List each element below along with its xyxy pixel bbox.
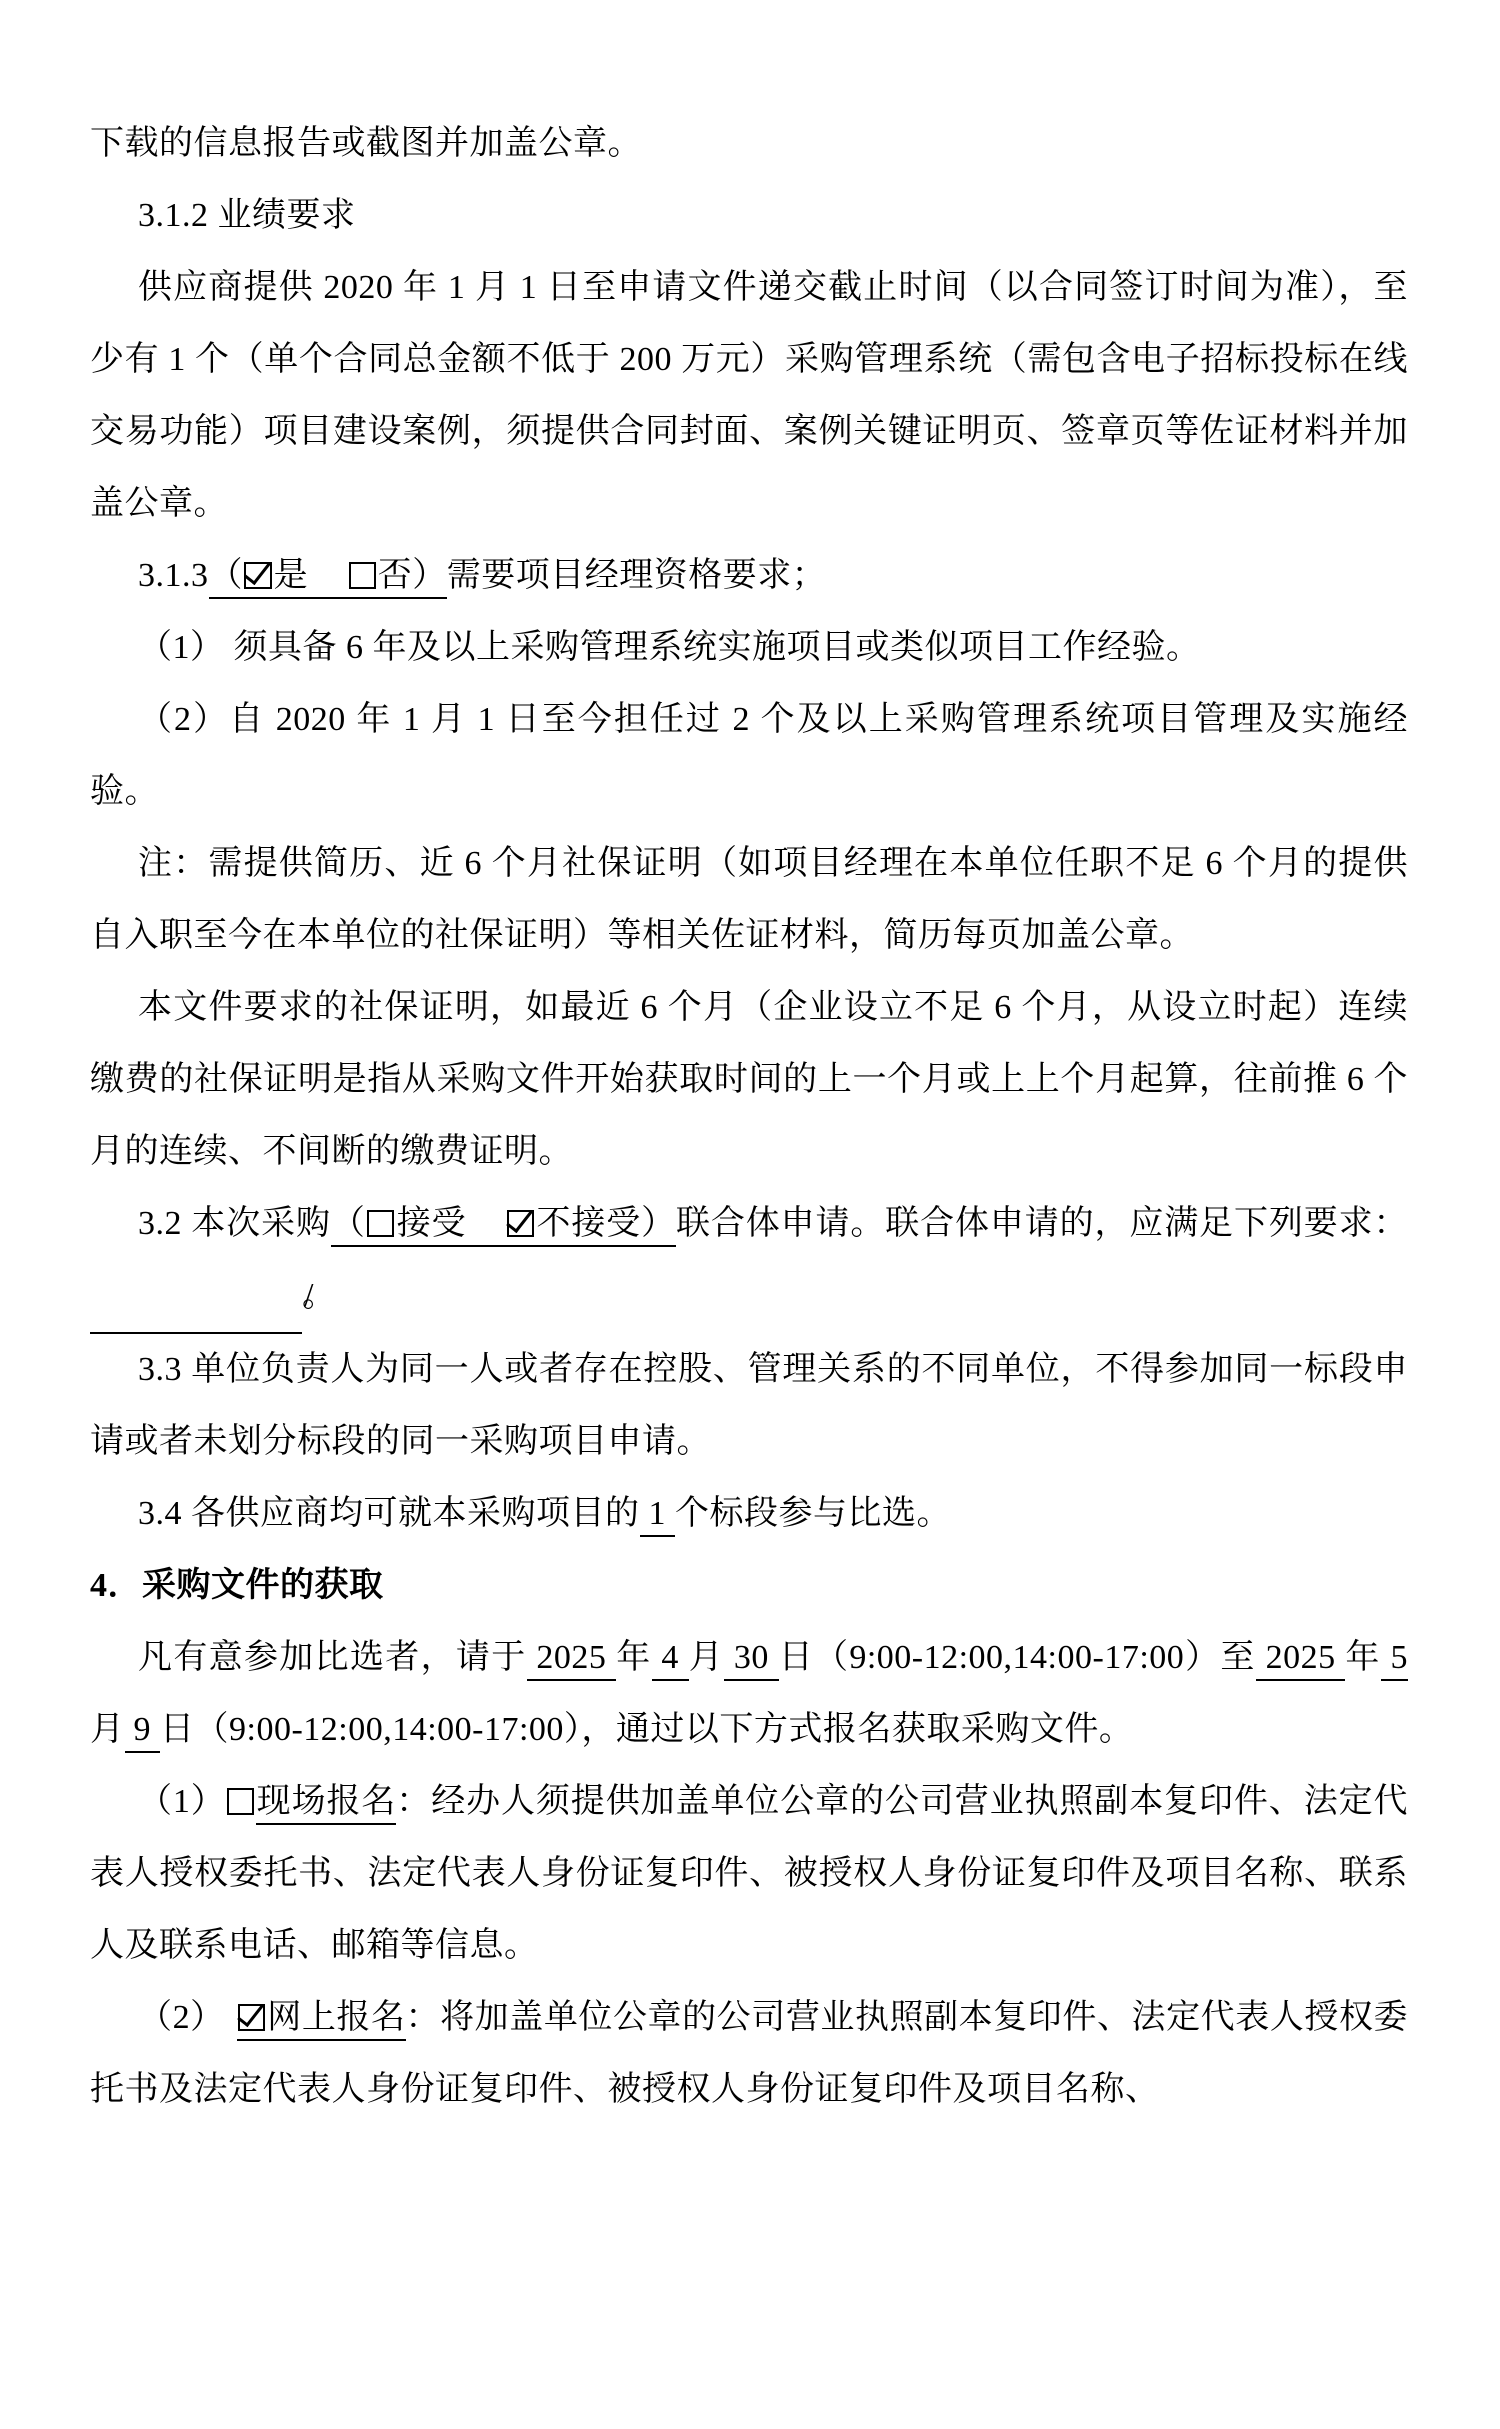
time-text-6: 日（9:00-12:00,14:00-17:00），通过以下方式报名获取采购文件… <box>160 1711 1133 1748</box>
clause-3-1-3-note1: 注：需提供简历、近 6 个月社保证明（如项目经理在本单位任职不足 6 个月的提供… <box>90 828 1408 972</box>
time-text-2: 月 <box>689 1639 724 1676</box>
end-year-underlined: 2025 <box>1256 1639 1346 1681</box>
onsite-label-underlined: 现场报名 <box>256 1783 396 1825</box>
clause-3-1-2-title-text: 3.1.2 业绩要求 <box>138 197 356 234</box>
clause-3-1-3: 3.1.3（是否）需要项目经理资格要求； <box>90 540 1408 612</box>
online-number: （2） <box>138 1999 225 2036</box>
accept-reject-choice-group: （接受不接受） <box>331 1205 676 1247</box>
clause-3-1-3-number: 3.1.3 <box>138 557 209 594</box>
open-paren: （ <box>331 1205 366 1242</box>
clause-3-2-period: 。 <box>302 1277 337 1314</box>
onsite-number: （1） <box>138 1783 226 1820</box>
registration-onsite: （1）现场报名：经办人须提供加盖单位公章的公司营业执照副本复印件、法定代表人授权… <box>90 1766 1408 1982</box>
online-label-underlined-group: 网上报名 <box>237 1999 406 2041</box>
lot-count-underlined: 1 <box>640 1495 676 1537</box>
fill-in-blank-line: / <box>90 1260 302 1334</box>
clause-3-1-3-item2-text: （2）自 2020 年 1 月 1 日至今担任过 2 个及以上采购管理系统项目管… <box>90 701 1408 810</box>
time-text-1: 年 <box>616 1639 651 1676</box>
intro-text: 下载的信息报告或截图并加盖公章。 <box>90 125 642 162</box>
clause-3-1-2-body: 供应商提供 2020 年 1 月 1 日至申请文件递交截止时间（以合同签订时间为… <box>90 252 1408 540</box>
clause-3-1-3-item2: （2）自 2020 年 1 月 1 日至今担任过 2 个及以上采购管理系统项目管… <box>90 684 1408 828</box>
accept-option-label: 接受 <box>396 1205 466 1242</box>
end-day-underlined: 9 <box>125 1711 161 1753</box>
registration-online: （2）网上报名：将加盖单位公章的公司营业执照副本复印件、法定代表人授权委托书及法… <box>90 1982 1408 2126</box>
clause-3-2-lead: 3.2 本次采购 <box>138 1205 331 1242</box>
checkbox-unchecked-icon <box>367 1210 394 1237</box>
clause-3-1-3-note2-text: 本文件要求的社保证明，如最近 6 个月（企业设立不足 6 个月，从设立时起）连续… <box>90 989 1408 1170</box>
clause-3-3: 3.3 单位负责人为同一人或者存在控股、管理关系的不同单位，不得参加同一标段申请… <box>90 1334 1408 1478</box>
clause-3-1-3-item1: （1） 须具备 6 年及以上采购管理系统实施项目或类似项目工作经验。 <box>90 612 1408 684</box>
yes-option-label: 是 <box>274 557 309 594</box>
yes-no-choice-group: （是否） <box>209 557 447 599</box>
no-option-label: 否） <box>378 557 447 594</box>
time-text-4: 年 <box>1345 1639 1380 1676</box>
start-day-underlined: 30 <box>724 1639 779 1681</box>
clause-3-4-lead: 3.4 各供应商均可就本采购项目的 <box>138 1495 640 1532</box>
start-month-underlined: 4 <box>652 1639 689 1681</box>
time-text-3: 日（9:00-12:00,14:00-17:00）至 <box>779 1639 1256 1676</box>
open-paren: （ <box>209 557 244 594</box>
section-4-heading: 4．采购文件的获取 <box>90 1550 1408 1622</box>
clause-3-2: 3.2 本次采购（接受不接受）联合体申请。联合体申请的，应满足下列要求：/。 <box>90 1188 1408 1334</box>
intro-continuation-line: 下载的信息报告或截图并加盖公章。 <box>90 108 1408 180</box>
document-page: 下载的信息报告或截图并加盖公章。 3.1.2 业绩要求 供应商提供 2020 年… <box>0 0 1500 2429</box>
clause-3-4-tail: 个标段参与比选。 <box>675 1495 951 1532</box>
clause-3-1-2-title: 3.1.2 业绩要求 <box>90 180 1408 252</box>
checkbox-checked-icon <box>507 1210 534 1237</box>
online-label: 网上报名 <box>267 1999 405 2036</box>
clause-3-1-3-note1-text: 注：需提供简历、近 6 个月社保证明（如项目经理在本单位任职不足 6 个月的提供… <box>90 845 1408 954</box>
end-month-underlined: 5 <box>1381 1639 1408 1681</box>
section-4-time-paragraph: 凡有意参加比选者，请于 2025 年 4 月 30 日（9:00-12:00,1… <box>90 1622 1408 1766</box>
checkbox-unchecked-icon <box>349 562 376 589</box>
time-text-5: 月 <box>90 1711 125 1748</box>
section-4-heading-text: 4．采购文件的获取 <box>90 1567 384 1604</box>
checkbox-checked-icon <box>244 562 271 589</box>
reject-option-label: 不接受） <box>536 1205 676 1242</box>
checkbox-checked-icon <box>238 2004 265 2031</box>
clause-3-2-mid: 联合体申请。联合体申请的，应满足下列要求： <box>676 1205 1408 1242</box>
clause-3-1-3-text: 需要项目经理资格要求； <box>447 557 827 594</box>
time-text-0: 凡有意参加比选者，请于 <box>138 1639 527 1676</box>
clause-3-4: 3.4 各供应商均可就本采购项目的 1 个标段参与比选。 <box>90 1478 1408 1550</box>
clause-3-1-3-item1-text: （1） 须具备 6 年及以上采购管理系统实施项目或类似项目工作经验。 <box>138 629 1201 666</box>
start-year-underlined: 2025 <box>527 1639 617 1681</box>
clause-3-1-2-body-text: 供应商提供 2020 年 1 月 1 日至申请文件递交截止时间（以合同签订时间为… <box>90 269 1408 522</box>
clause-3-3-text: 3.3 单位负责人为同一人或者存在控股、管理关系的不同单位，不得参加同一标段申请… <box>90 1351 1408 1460</box>
checkbox-unchecked-icon <box>227 1788 254 1815</box>
clause-3-1-3-note2: 本文件要求的社保证明，如最近 6 个月（企业设立不足 6 个月，从设立时起）连续… <box>90 972 1408 1188</box>
